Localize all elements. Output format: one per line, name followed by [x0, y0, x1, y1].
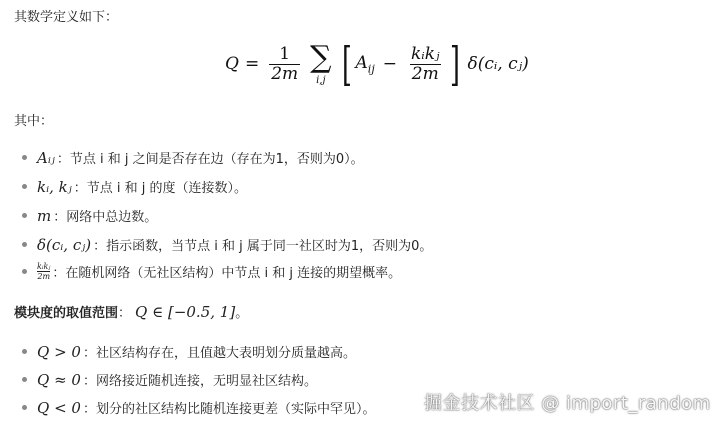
interpretation-item: Q < 0 ：划分的社区结构比随机连接更差（实际中罕见）。: [22, 398, 375, 417]
k-den: 2m: [410, 64, 441, 84]
interpretation-text: ：网络接近随机连接，无明显社区结构。: [83, 370, 317, 389]
definition-math: kᵢ, kⱼ: [37, 178, 72, 196]
interpretation-text: ：划分的社区结构比随机连接更差（实际中罕见）。: [83, 398, 376, 417]
bullet-icon: [22, 405, 27, 410]
sigma-symbol: ∑: [310, 43, 331, 73]
modularity-formula: Q = 1 2m ∑ i,j [ Aij − kᵢkⱼ 2m ] δ(cᵢ, c…: [225, 36, 529, 92]
range-colon: ：: [118, 302, 131, 321]
definition-math: δ(cᵢ, cⱼ): [37, 236, 91, 254]
definition-math: m: [37, 207, 51, 225]
definition-item: kᵢkⱼ 2m ：在随机网络（无社区结构）中节点 i 和 j 连接的期望概率。: [22, 262, 401, 281]
fraction-num: kᵢkⱼ: [37, 262, 50, 271]
document-page: 其数学定义如下： Q = 1 2m ∑ i,j [ Aij − kᵢkⱼ 2m …: [0, 0, 712, 425]
intro-text: 其数学定义如下：: [14, 6, 118, 25]
interpretation-item: Q ≈ 0 ：网络接近随机连接，无明显社区结构。: [22, 370, 317, 389]
sum-subscript: i,j: [316, 75, 325, 86]
formula-q: Q: [225, 54, 239, 74]
definition-math: Aᵢⱼ: [37, 149, 55, 167]
range-line: 模块度的取值范围 ： Q ∈ [−0.5, 1] 。: [14, 302, 248, 321]
definition-item: Aᵢⱼ ：节点 i 和 j 之间是否存在边（存在为1，否则为0）。: [22, 148, 364, 167]
interpretation-math: Q > 0: [37, 343, 81, 361]
bullet-icon: [22, 269, 27, 274]
range-end: 。: [235, 302, 248, 321]
watermark: 掘金技术社区 @ import_random: [424, 389, 711, 415]
definition-fraction: kᵢkⱼ 2m: [37, 262, 50, 281]
bullet-icon: [22, 349, 27, 354]
k-num: kᵢkⱼ: [409, 45, 442, 64]
definition-item: kᵢ, kⱼ ：节点 i 和 j 的度（连接数）。: [22, 177, 247, 196]
range-math: Q ∈ [−0.5, 1]: [135, 303, 235, 321]
bullet-icon: [22, 377, 27, 382]
definition-text: ：节点 i 和 j 的度（连接数）。: [74, 177, 247, 196]
a-subscript: ij: [368, 62, 375, 75]
formula-k-fraction: kᵢkⱼ 2m: [409, 45, 442, 83]
bullet-icon: [22, 213, 27, 218]
formula-a-term: Aij: [356, 53, 375, 75]
bullet-icon: [22, 155, 27, 160]
formula-sum: ∑ i,j: [310, 43, 331, 86]
coef-den: 2m: [269, 64, 300, 84]
formula-coef-fraction: 1 2m: [269, 45, 300, 83]
formula-eq: =: [245, 54, 259, 74]
definition-item: m ：网络中总边数。: [22, 206, 157, 225]
range-label: 模块度的取值范围: [14, 302, 118, 321]
interpretation-item: Q > 0 ：社区结构存在，且值越大表明划分质量越高。: [22, 342, 356, 361]
definition-item: δ(cᵢ, cⱼ) ：指示函数，当节点 i 和 j 属于同一社区时为1，否则为0…: [22, 235, 432, 254]
a-symbol: A: [356, 53, 368, 73]
definition-text: ：在随机网络（无社区结构）中节点 i 和 j 连接的期望概率。: [52, 262, 401, 281]
interpretation-text: ：社区结构存在，且值越大表明划分质量越高。: [83, 342, 356, 361]
formula-delta: δ(cᵢ, cⱼ): [467, 54, 528, 74]
interpretation-math: Q ≈ 0: [37, 371, 81, 389]
coef-num: 1: [277, 45, 292, 64]
definition-text: ：指示函数，当节点 i 和 j 属于同一社区时为1，否则为0。: [93, 235, 432, 254]
bullet-icon: [22, 242, 27, 247]
bullet-icon: [22, 184, 27, 189]
definition-text: ：节点 i 和 j 之间是否存在边（存在为1，否则为0）。: [57, 148, 364, 167]
definition-text: ：网络中总边数。: [53, 206, 157, 225]
fraction-den: 2m: [37, 271, 50, 281]
interpretation-math: Q < 0: [37, 399, 81, 417]
formula-minus: −: [383, 54, 397, 74]
where-label: 其中：: [14, 110, 53, 129]
bracket-open: [: [342, 41, 352, 87]
bracket-close: ]: [450, 41, 460, 87]
